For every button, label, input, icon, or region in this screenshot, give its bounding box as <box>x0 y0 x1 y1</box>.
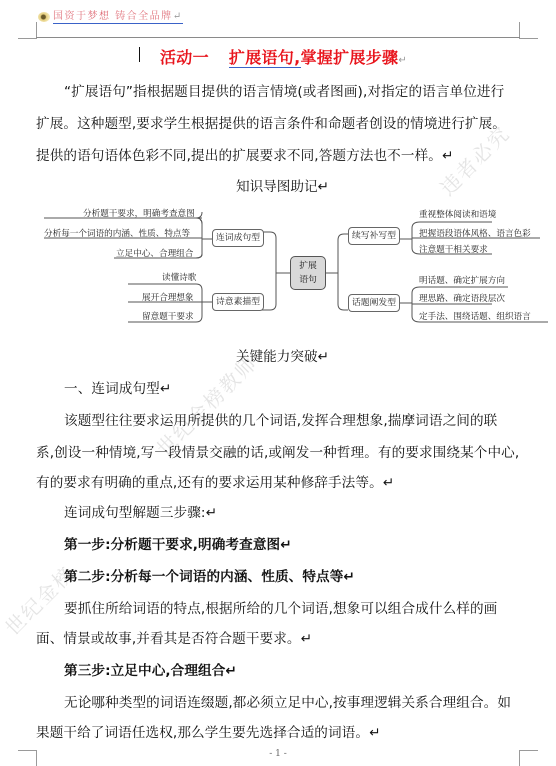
mindmap-branch-xuxie: 续写补写型 <box>348 227 400 245</box>
center-node-line-2: 语句 <box>291 273 325 287</box>
mindmap-center-node: 扩展 语句 <box>290 256 326 290</box>
mindmap-leaf: 理思路、确定语段层次 <box>419 292 505 304</box>
step-2: 第二步:分析每一个词语的内涵、性质、特点等↵ <box>64 565 355 585</box>
mindmap-leaf: 明话题、确定扩展方向 <box>419 274 505 286</box>
page-number: - 1 - <box>0 749 556 759</box>
body-line: 果题干给了词语任选权,那么学生要先选择合适的词语。↵ <box>36 721 381 741</box>
mindmap-leaf: 留意题干要求 <box>142 310 194 322</box>
mindmap-leaf: 立足中心、合理组合 <box>116 247 193 259</box>
step-1: 第一步:分析题干要求,明确考查意图↵ <box>64 533 292 553</box>
mindmap-leaf: 注意题干相关要求 <box>419 243 488 255</box>
body-line: 有的要求有明确的重点,还有的要求运用某种修辞手法等。↵ <box>36 471 394 491</box>
center-node-line-1: 扩展 <box>291 259 325 273</box>
body-line: 要抓住所给词语的特点,根据所给的几个词语,想象可以组合成什么样的画 <box>64 597 497 617</box>
mindmap-leaf: 展开合理想象 <box>142 291 194 303</box>
subsection-heading: 一、连词成句型↵ <box>64 377 171 397</box>
mindmap-branch-shiyi: 诗意素描型 <box>212 293 264 311</box>
steps-intro: 连词成句型解题三步骤:↵ <box>64 501 217 521</box>
mindmap-leaf: 读懂诗歌 <box>162 271 196 283</box>
mindmap-branch-huati: 话题阐发型 <box>348 294 400 312</box>
mindmap-leaf: 分析每一个词语的内涵、性质、特点等 <box>44 227 190 239</box>
document-page: 违者必究 世纪金榜教师 世纪金榜 国资于梦想 铸合全品牌↵ 活动一扩展语句,掌握… <box>0 0 556 766</box>
mindmap-leaf: 定手法、围绕话题、组织语言 <box>419 310 531 322</box>
mindmap-leaf: 分析题干要求，明确考查意图 <box>83 207 195 219</box>
mindmap-leaf: 重视整体阅读和语境 <box>419 208 496 220</box>
section-heading: 关键能力突破↵ <box>236 345 329 365</box>
mindmap-leaf: 把握语段语体风格、语言色彩 <box>419 227 531 239</box>
mindmap-branch-lianci: 连词成句型 <box>212 229 264 247</box>
body-line: 系,创设一种情境,写一段情景交融的话,或阐发一种哲理。有的要求围绕某个中心, <box>36 441 519 461</box>
body-line: 无论哪种类型的词语连缀题,都必须立足中心,按事理逻辑关系合理组合。如 <box>64 691 511 711</box>
step-3: 第三步:立足中心,合理组合↵ <box>64 659 237 679</box>
body-line: 面、情景或故事,并看其是否符合题干要求。↵ <box>36 627 312 647</box>
body-line: 该题型往往要求运用所提供的几个词语,发挥合理想象,揣摩词语之间的联 <box>64 409 497 429</box>
